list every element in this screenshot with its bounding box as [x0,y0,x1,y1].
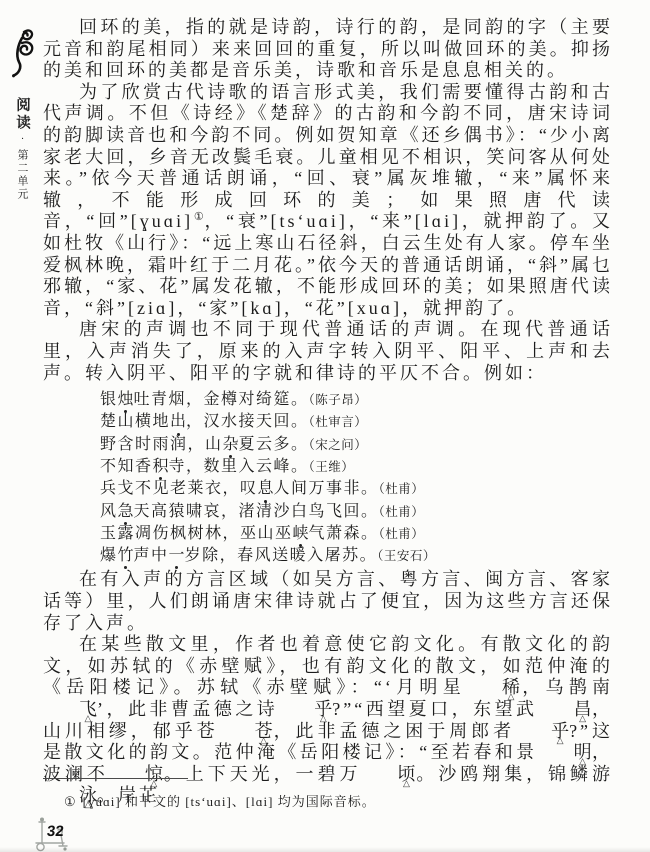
paragraph: 为了欣赏古代诗歌的语言形式美，我们需要懂得古韵和古代声调。不但《诗经》《楚辞》的… [43,82,613,320]
sidebar-separator: · [17,132,28,149]
emphasized-char: 积 [153,456,169,478]
emphasized-char: 飞 [43,699,97,721]
footnote-divider [43,778,188,779]
emphasized-char: 杂 [223,434,239,456]
verse-line: 玉露凋伤枫树林，巫山巫峡气萧森。（杜甫） [100,523,613,545]
sidebar-unit-label: 第二单元 [16,149,28,201]
verse-line: 银烛吐青烟，金樽对绮筵。（陈子昂） [100,389,613,411]
emphasized-char: 苍 [219,721,273,743]
verse-author: （杜审言） [309,415,368,429]
footnote-ref: ① [193,211,204,223]
verse-line: 爆竹声中一岁除，春风送暖入屠苏。（王安石） [100,545,613,567]
verse-line: 风急天高猿啸哀，渚清沙白鸟飞回。（杜甫） [100,501,613,523]
emphasized-char: 急 [118,501,134,523]
verse-line: 兵戈不见老莱衣，叹息人间万事非。（杜甫） [100,478,613,500]
page-number: 32 [46,823,64,840]
emphasized-char: 顷 [361,764,415,786]
emphasized-char: 出 [170,411,186,433]
article-body: 回环的美，指的就是诗韵，诗行的韵，是同韵的字（主要元音和韵尾相同）来来回回的重复… [43,17,613,807]
paragraph: 回环的美，指的就是诗韵，诗行的韵，是同韵的字（主要元音和韵尾相同）来来回回的重复… [43,17,613,82]
verse-author: （杜甫） [379,505,425,519]
sidebar-book-title: 阅读 [14,97,30,132]
verse-block: 银烛吐青烟，金樽对绮筵。（陈子昂）楚山横地出，汉水接天回。（杜审言）野含时雨润，… [100,389,613,567]
emphasized-char: 一 [169,545,185,567]
page-number-group: 32 [34,816,78,852]
emphasized-char: 息 [258,478,274,500]
verse-author: （陈子昂） [309,393,368,407]
textbook-page: 阅读·第二单元 回环的美，指的就是诗韵，诗行的韵，是同韵的字（主要元音和韵尾相同… [0,0,650,852]
footnote-text: [ɣuɑi] 和下文的 [tsʻuɑi]、[lɑi] 均为国际音标。 [83,794,376,809]
emphasized-char: 烛 [118,389,134,411]
verse-line: 野含时雨润，山杂夏云多。（宋之问） [100,434,613,456]
paragraph: 在某些散文里，作者也着意使它韵文化。有散文化的韵文，如苏轼的《赤壁赋》，也有韵文… [43,634,613,807]
footnote: ①[ɣuɑi] 和下文的 [tsʻuɑi]、[lɑi] 均为国际音标。 [64,791,376,810]
emphasized-char: 稀 [466,677,520,699]
calligraphic-flourish-icon [9,28,35,80]
emphasized-char: 竹 [118,545,134,567]
verse-author: （杜甫） [379,482,425,496]
emphasized-char: 峡 [293,523,309,545]
emphasized-char: 惊 [109,764,163,786]
footnote-marker: ① [64,794,77,809]
emphasized-char: 乎 [278,699,332,721]
verse-author: （宋之问） [309,438,368,452]
paragraph: 唐宋的声调也不同于现代普通话的声调。在现代普通话里，入声消失了，原来的入声字转入… [43,319,613,384]
verse-line: 楚山横地出，汉水接天回。（杜审言） [100,411,613,433]
verse-author: （王维） [309,460,355,474]
verse-line: 不知香积寺，数里入云峰。（王维） [100,456,613,478]
verse-author: （杜甫） [379,527,425,541]
sidebar-chapter-label: 阅读·第二单元 [13,97,31,201]
verse-author: （王安石） [377,549,436,563]
emphasized-char: 乎 [515,721,569,743]
emphasized-char: 明 [538,742,592,764]
paragraph: 在有入声的方言区域（如吴方言、粤方言、闽方言、客家话等）里，人们朗诵唐宋律诗就占… [43,569,613,634]
emphasized-char: 昌 [538,699,592,721]
